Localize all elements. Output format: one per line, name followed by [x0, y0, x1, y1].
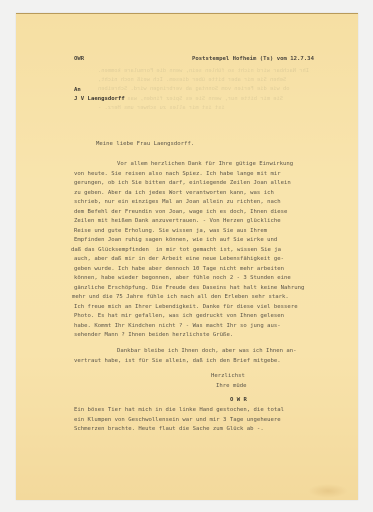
body-line: dem Befehl der Freundin von Joan, wage i…: [74, 210, 287, 216]
bleed-line: ist ist mir alles zu schwer ums Herz. -: [98, 106, 343, 115]
postscript-line: ein Klumpen von Geschwollensein war und …: [74, 418, 281, 424]
closing-line: Dankbar bleibe ich Ihnen doch, aber was …: [117, 349, 297, 355]
body-line: habe. Kommt Ihr Kindchen nicht ? - Was m…: [74, 324, 281, 330]
body-line: Zeilen mit heißem Dank anzuvertrauen. - …: [74, 219, 281, 225]
salutation: Meine liebe Frau Laengsdorff.: [96, 142, 194, 148]
body-line: Reise und gute Erholung. Sie wissen ja, …: [74, 229, 267, 235]
body-line: gerungen, ob ich Sie bitten darf, einlie…: [74, 181, 291, 187]
body-line: sehender Mann ? Ihnen beiden herzlichste…: [74, 333, 233, 339]
body-line: Vor allem herzlichen Dank für Ihre gütig…: [117, 162, 293, 168]
bleed-through-text: Ihr Nachbar wird nicht so fühlen sein, w…: [98, 69, 343, 115]
paper-stain: [308, 484, 348, 498]
body-line: zu geben. Aber da ich jedes Wort verantw…: [74, 191, 274, 197]
letter-page: OWR Poststempel Hofheim (Ts) vom 12.7.34…: [16, 13, 358, 500]
body-line: können, habe wieder begonnen, aber fühle…: [74, 276, 291, 282]
postscript-line: Schmerzen brachte. Heute flaut die Sache…: [74, 427, 264, 433]
body-line: auch, aber daß mir in der Arbeit eine ne…: [74, 257, 284, 263]
address-label: An: [74, 88, 81, 94]
postmark-line: Poststempel Hofheim (Ts) vom 12.7.34: [192, 57, 314, 63]
closing-line: vertraut habe, ist für Sie allein, daß i…: [74, 359, 281, 365]
signature: O W R: [230, 398, 247, 404]
body-line: Photo. Es hat mir gefallen, was ich gedr…: [74, 314, 284, 320]
sender-initials: OWR: [74, 57, 84, 63]
postscript-line: Ein böses Tier hat mich in die linke Han…: [74, 408, 284, 414]
closing-herzlichst: Herzlichst: [211, 374, 245, 380]
body-line: mehr und die 75 Jahre fühle ich nach all…: [72, 295, 289, 301]
body-line: schrieb, nur ein einziges Mal an Joan al…: [74, 200, 281, 206]
body-line: daß das Glücksempfinden in mir tot gemac…: [71, 248, 281, 254]
recipient-name: J V Laengsdorff: [74, 97, 125, 103]
body-line: geben wurde. Ich habe aber dennoch 10 Ta…: [74, 267, 284, 273]
body-line: von heute. Sie reisen also nach Spiez. I…: [74, 172, 281, 178]
body-line: Ich freue mich an Ihrer Lebendigkeit. Da…: [74, 305, 298, 311]
closing-ihre-muede: Ihre müde: [216, 384, 247, 390]
body-line: Empfinden Joan ruhig sagen können, wie i…: [74, 238, 277, 244]
body-line: gänzliche Erschöpfung. Die Freude des Da…: [74, 286, 304, 292]
